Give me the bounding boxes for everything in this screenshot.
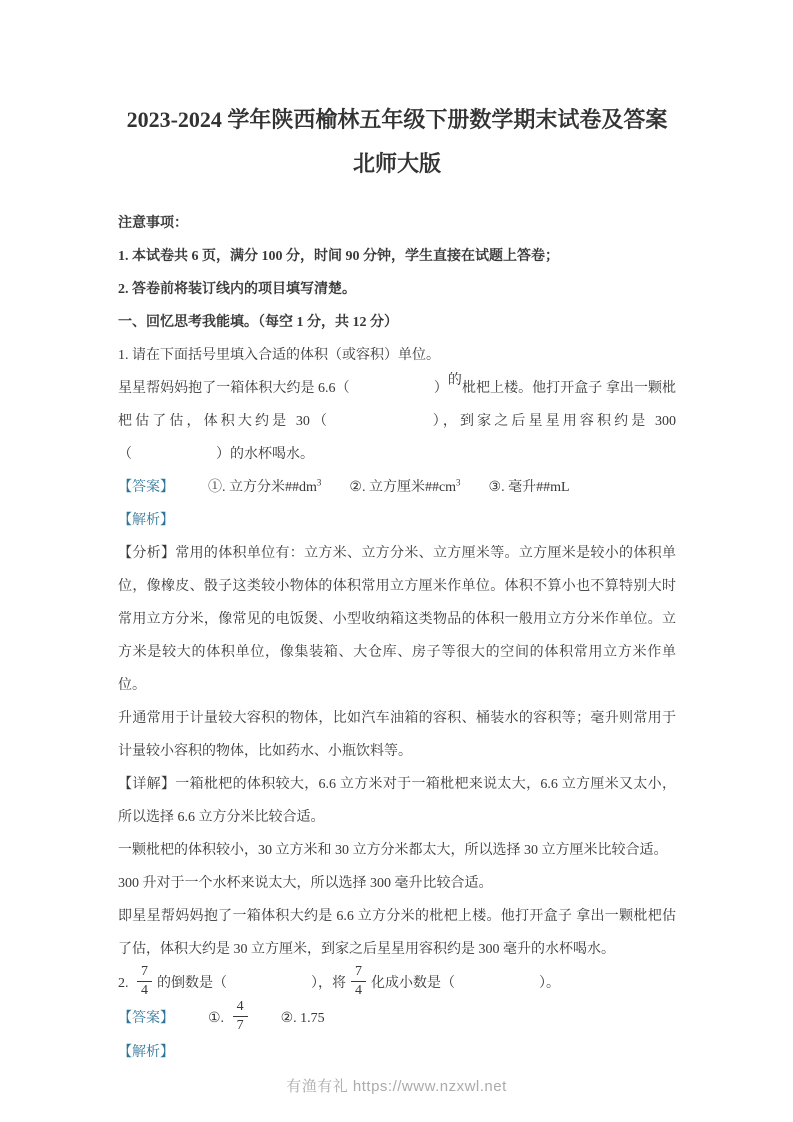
answer-label: 【答案】 [118,480,174,495]
question-1-detail-paragraph-2: 一颗枇杷的体积较小，30 立方米和 30 立方分米都太大，所以选择 30 立方厘… [118,834,676,867]
question-1-detail-paragraph-4: 即星星帮妈妈抱了一箱体积大约是 6.6 立方分米的枇杷上楼。他打开盒子 拿出一颗… [118,900,676,966]
question-1-liters-paragraph: 升通常用于计量较大容积的物体，比如汽车油箱的容积、桶装水的容积等；毫升则常用于计… [118,702,676,768]
question-1-detail-paragraph-1: 【详解】一箱枇杷的体积较大，6.6 立方米对于一箱枇杷来说太大，6.6 立方厘米… [118,768,676,834]
exam-document-page: 2023-2024 学年陕西榆林五年级下册数学期末试卷及答案北师大版 注意事项：… [0,0,793,1122]
question-2-answer-line: 【答案】①. 47②. 1.75 [118,1001,676,1036]
answer-label: 【答案】 [118,1011,174,1026]
question-1-body: 星星帮妈妈抱了一箱体积大约是 6.6（ ）的枇杷上楼。他打开盒子 拿出一颗枇杷估… [118,372,676,471]
q2-answer-1: ①. 47 [208,1011,253,1026]
question-1-analysis-paragraph: 【分析】常用的体积单位有：立方米、立方分米、立方厘米等。立方厘米是较小的体积单位… [118,537,676,702]
q2-text-1: 的倒数是（ ），将 [157,976,346,991]
question-2-analysis-label: 【解析】 [118,1036,676,1069]
q1-body-text-1: 星星帮妈妈抱了一箱体积大约是 6.6（ ） [118,381,448,396]
watermark-footer: 有渔有礼 https://www.nzxwl.net [0,1075,793,1096]
question-1-answer-line: 【答案】①. 立方分米##dm3②. 立方厘米##cm3③. 毫升##mL [118,471,676,504]
notice-heading: 注意事项： [118,207,676,240]
q2-number: 2. [118,976,132,991]
q1-answer-2: ②. 立方厘米##cm3 [349,480,460,495]
question-1-detail-paragraph-3: 300 升对于一个水杯来说太大，所以选择 300 毫升比较合适。 [118,867,676,900]
notice-item-1: 1. 本试卷共 6 页，满分 100 分，时间 90 分钟，学生直接在试题上答卷… [118,240,676,273]
fraction-7-over-4: 74 [351,964,366,999]
fraction-7-over-4: 74 [137,964,152,999]
section-1-heading: 一、回忆思考我能填。（每空 1 分，共 12 分） [118,306,676,339]
question-1-analysis-label: 【解析】 [118,504,676,537]
document-title: 2023-2024 学年陕西榆林五年级下册数学期末试卷及答案北师大版 [118,98,676,186]
q2-text-2: 化成小数是（ ）。 [371,976,560,991]
q1-answer-3: ③. 毫升##mL [489,480,570,495]
question-2-stem: 2. 74的倒数是（ ），将74化成小数是（ ）。 [118,966,676,1001]
q1-answer-1: ①. 立方分米##dm3 [208,480,321,495]
document-content: 2023-2024 学年陕西榆林五年级下册数学期末试卷及答案北师大版 注意事项：… [118,0,676,1069]
question-1-stem: 1. 请在下面括号里填入合适的体积（或容积）单位。 [118,339,676,372]
fraction-4-over-7: 47 [233,999,248,1034]
q2-answer-2: ②. 1.75 [281,1011,325,1026]
notice-item-2: 2. 答卷前将装订线内的项目填写清楚。 [118,273,676,306]
cubed-superscript: 3 [456,477,461,487]
cubed-superscript: 3 [317,477,322,487]
q1-raised-de-char: 的 [448,373,462,388]
